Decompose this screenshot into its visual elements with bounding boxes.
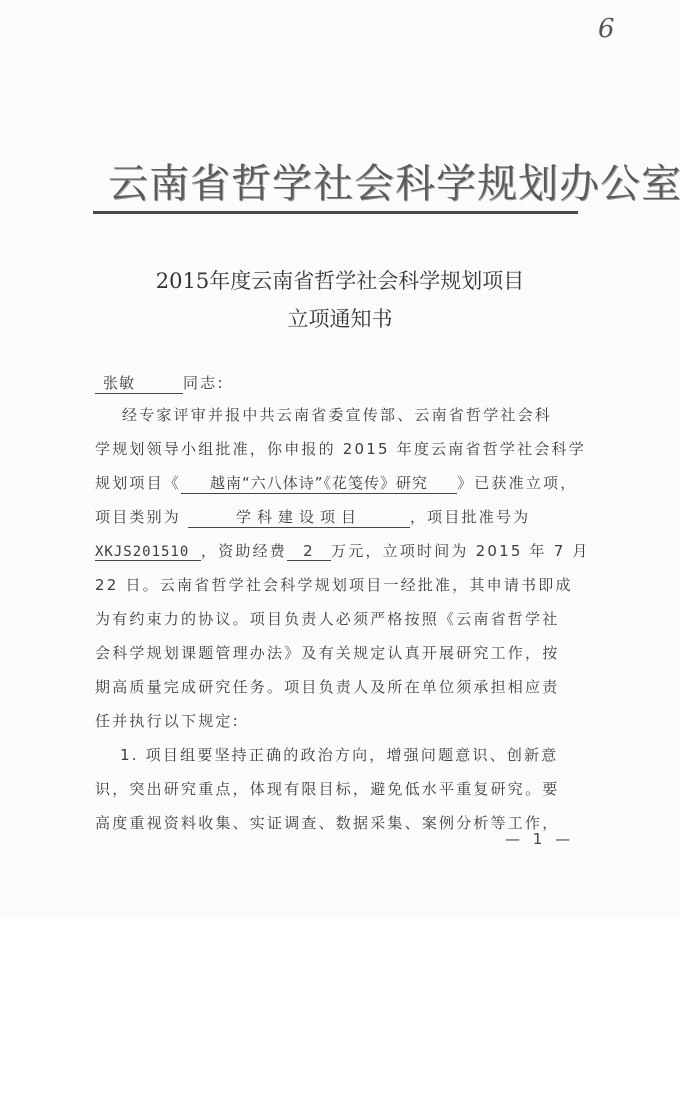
body-line: 会科学规划课题管理办法》及有关规定认真开展研究工作，按: [95, 642, 565, 663]
body-line: 期高质量完成研究任务。项目负责人及所在单位须承担相应责: [95, 676, 565, 697]
body-text: 万元，立项时间为 2015 年 7 月: [331, 542, 590, 560]
body-text: 项目类别为: [95, 508, 181, 526]
masthead-divider: [93, 211, 578, 214]
body-line: 规划项目《越南“六八体诗”《花笺传》研究》已获准立项，: [95, 472, 565, 494]
body-text: 规划项目《: [95, 474, 181, 492]
notice-title: 2015年度云南省哲学社会科学规划项目: [80, 265, 600, 295]
body-line: 学规划领导小组批准，你申报的 2015 年度云南省哲学社会科学: [95, 438, 565, 459]
body-text: ，项目批准号为: [410, 508, 530, 526]
handwritten-page-number: 6: [598, 14, 615, 44]
project-title-field: 越南“六八体诗”《花笺传》研究: [181, 472, 457, 494]
project-category-field: 学科建设项目: [188, 506, 410, 528]
rule-item-1: 1. 项目组要坚持正确的政治方向，增强问题意识、创新意: [120, 744, 590, 765]
funding-amount-field: 2: [287, 542, 331, 561]
body-text: 》已获准立项，: [457, 474, 577, 492]
body-line: XKJS201510，资助经费2万元，立项时间为 2015 年 7 月: [95, 540, 565, 561]
body-text: ，资助经费: [201, 542, 287, 560]
body-line: 高度重视资料收集、实证调查、数据采集、案例分析等工作，: [95, 812, 565, 833]
body-line: 为有约束力的协议。项目负责人必须严格按照《云南省哲学社: [95, 608, 565, 629]
body-line: 识，突出研究重点，体现有限目标，避免低水平重复研究。要: [95, 778, 565, 799]
salutation: 张敏同志:: [95, 372, 565, 394]
recipient-name: 张敏: [95, 372, 183, 394]
body-line: 22 日。云南省哲学社会科学规划项目一经批准，其申请书即成: [95, 574, 565, 595]
office-masthead: 云南省哲学社会科学规划办公室: [108, 152, 568, 209]
page-number: — 1 —: [505, 830, 574, 848]
notice-subtitle: 立项通知书: [80, 303, 600, 333]
approval-number-field: XKJS201510: [95, 544, 201, 561]
body-line: 经专家评审并报中共云南省委宣传部、云南省哲学社会科: [122, 404, 592, 425]
body-line: 任并执行以下规定:: [95, 710, 565, 731]
body-line: 项目类别为 学科建设项目，项目批准号为: [95, 506, 565, 528]
salutation-suffix: 同志:: [183, 374, 225, 392]
